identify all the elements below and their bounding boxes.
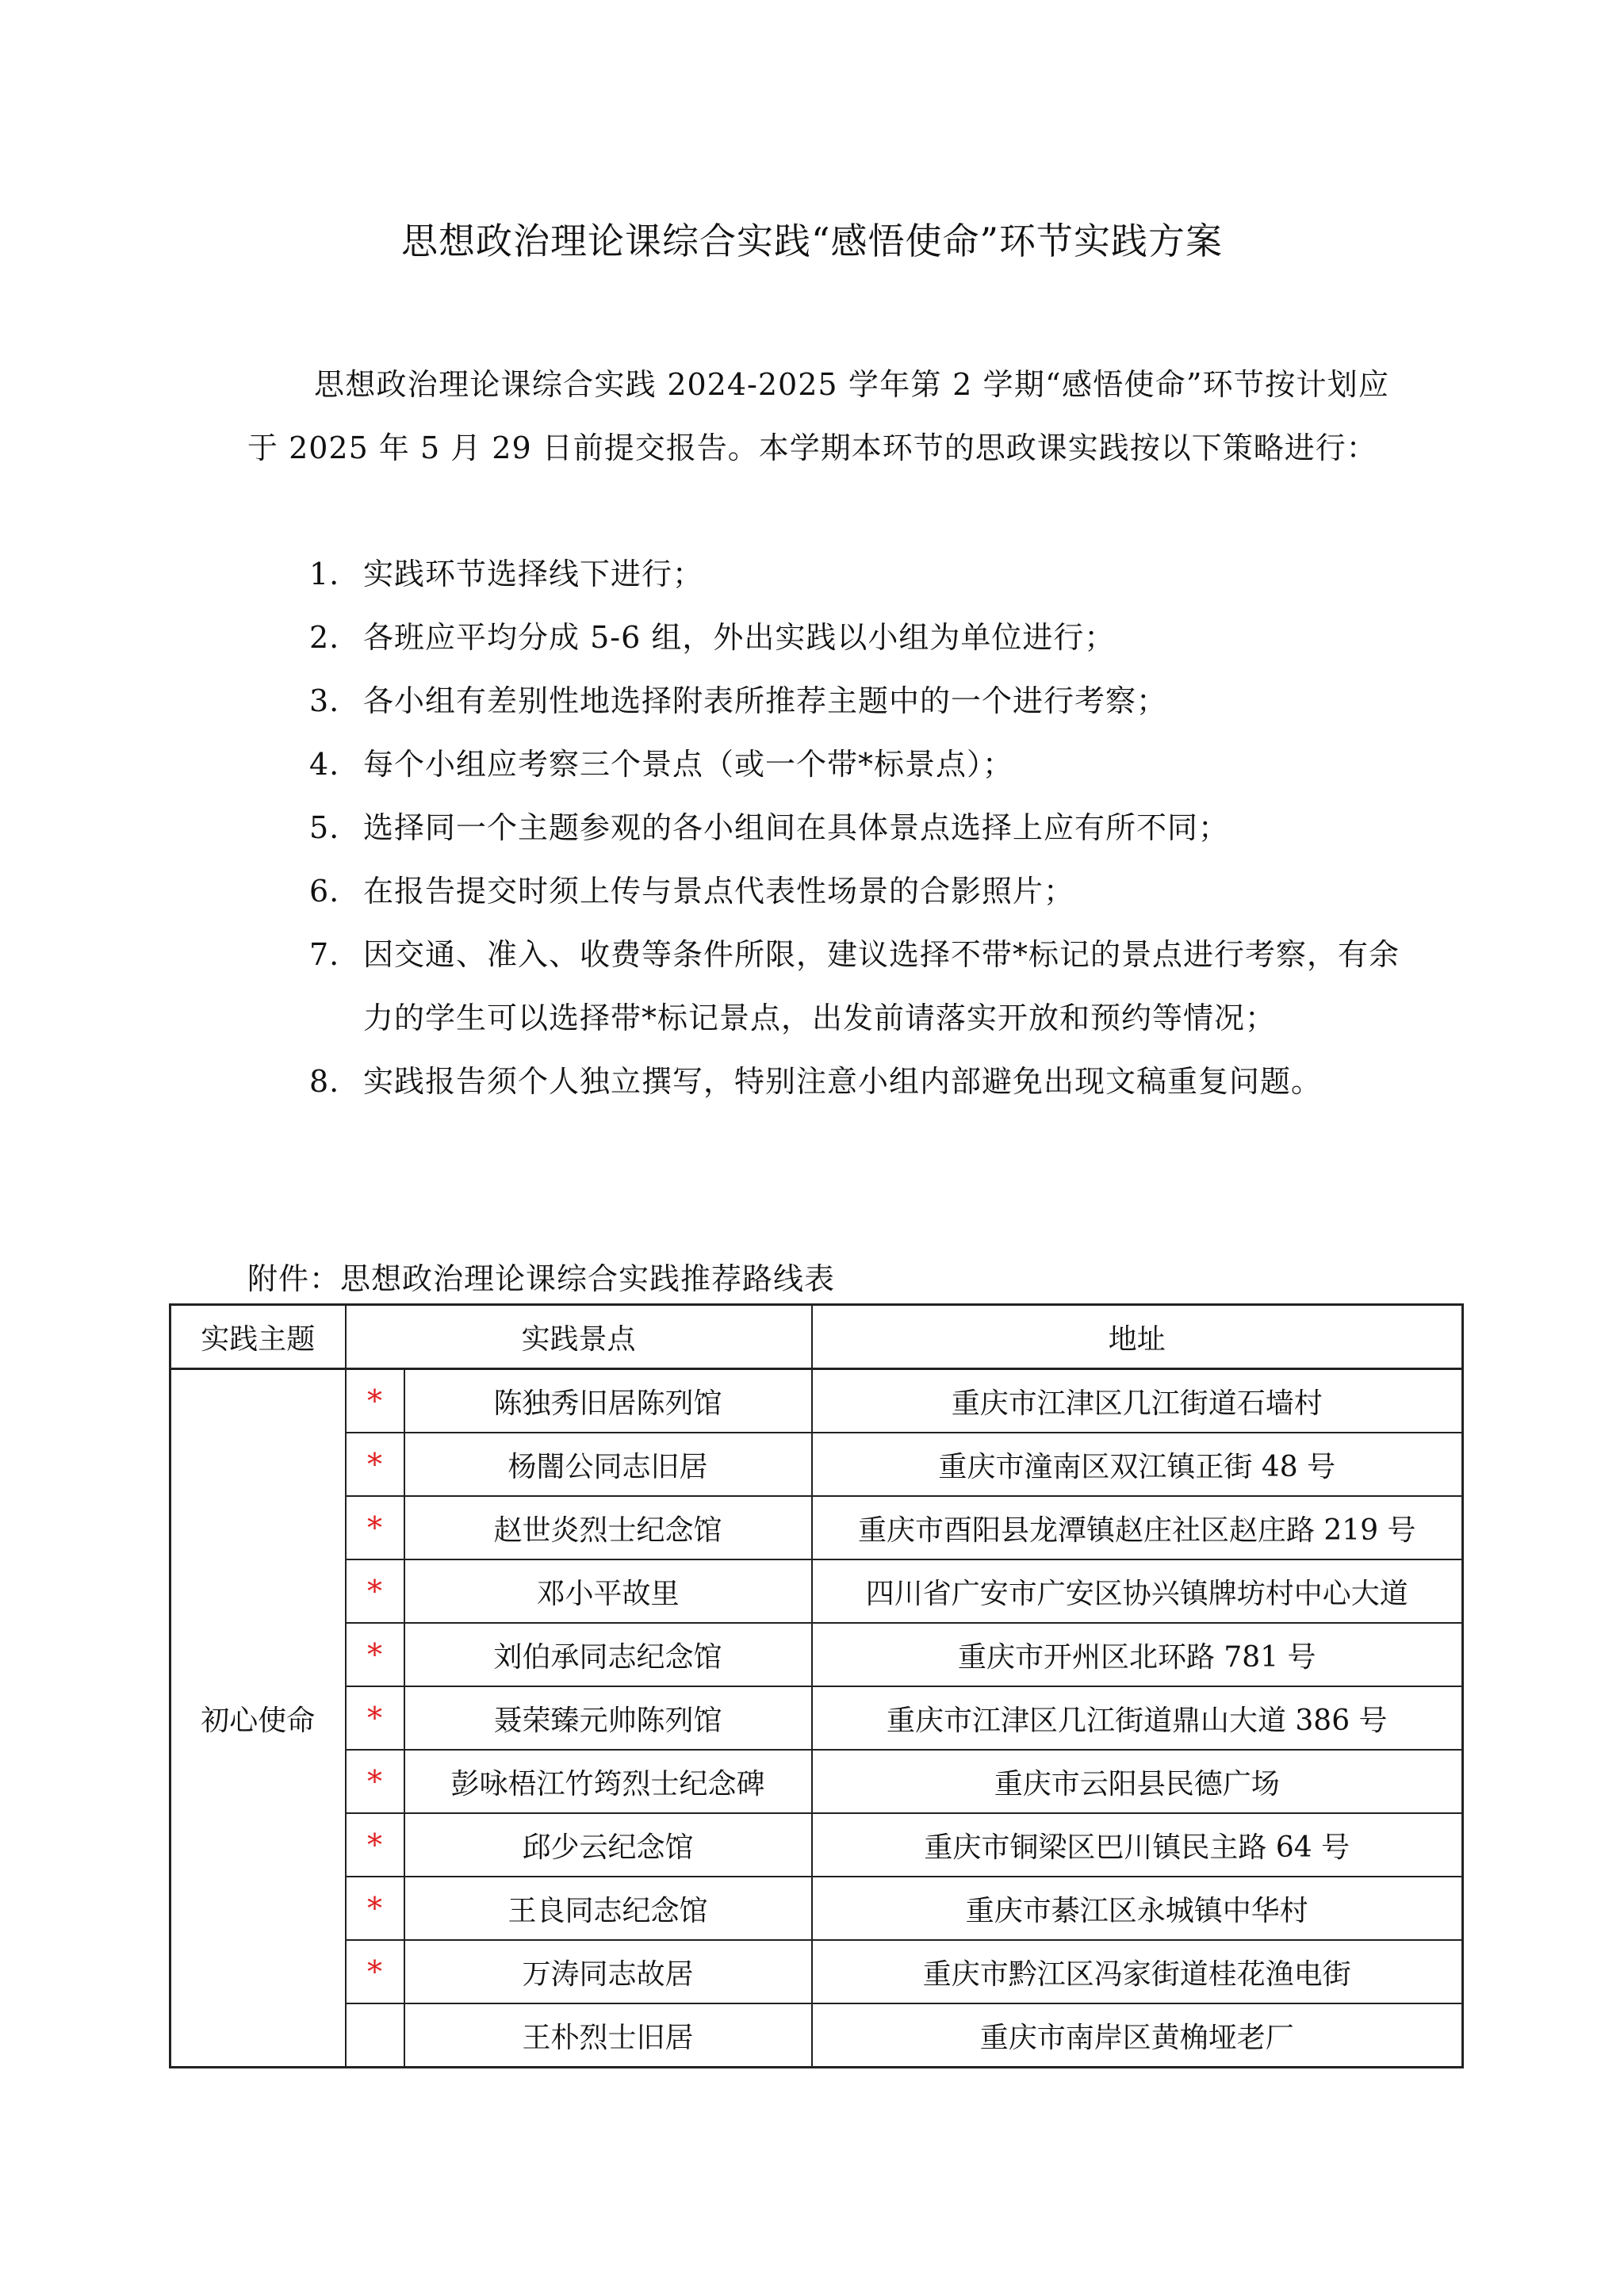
spot-cell: 邓小平故里 — [404, 1559, 812, 1623]
rule-item: 8.实践报告须个人独立撰写，特别注意小组内部避免出现文稿重复问题。 — [309, 1050, 1404, 1113]
rule-item: 3.各小组有差别性地选择附表所推荐主题中的一个进行考察； — [309, 669, 1404, 733]
rule-text: 在报告提交时须上传与景点代表性场景的合影照片； — [363, 859, 1404, 923]
table-row: * 邱少云纪念馆 重庆市铜梁区巴川镇民主路 64 号 — [170, 1813, 1463, 1877]
rule-text: 因交通、准入、收费等条件所限，建议选择不带*标记的景点进行考察，有余力的学生可以… — [363, 923, 1404, 1050]
address-cell: 重庆市江津区几江街道鼎山大道 386 号 — [812, 1686, 1463, 1750]
star-marker-icon: * — [346, 1750, 404, 1813]
address-cell: 重庆市开州区北环路 781 号 — [812, 1623, 1463, 1686]
table-row: * 王良同志纪念馆 重庆市綦江区永城镇中华村 — [170, 1877, 1463, 1940]
address-cell: 重庆市潼南区双江镇正街 48 号 — [812, 1433, 1463, 1496]
table-row: * 邓小平故里 四川省广安市广安区协兴镇牌坊村中心大道 — [170, 1559, 1463, 1623]
table-row: * 刘伯承同志纪念馆 重庆市开州区北环路 781 号 — [170, 1623, 1463, 1686]
table-row: * 聂荣臻元帅陈列馆 重庆市江津区几江街道鼎山大道 386 号 — [170, 1686, 1463, 1750]
table-row: * 彭咏梧江竹筠烈士纪念碑 重庆市云阳县民德广场 — [170, 1750, 1463, 1813]
star-marker-icon: * — [346, 1496, 404, 1559]
rule-text: 每个小组应考察三个景点（或一个带*标景点）； — [363, 733, 1404, 796]
address-cell: 重庆市江津区几江街道石墙村 — [812, 1369, 1463, 1433]
spot-cell: 杨闇公同志旧居 — [404, 1433, 812, 1496]
rule-number: 1. — [309, 542, 363, 606]
rule-number: 2. — [309, 606, 363, 669]
table-row: 初心使命 * 陈独秀旧居陈列馆 重庆市江津区几江街道石墙村 — [170, 1369, 1463, 1433]
star-marker-icon: * — [346, 1623, 404, 1686]
page-title: 思想政治理论课综合实践“感悟使命”环节实践方案 — [0, 212, 1624, 265]
address-cell: 重庆市黔江区冯家街道桂花渔电街 — [812, 1940, 1463, 2003]
spot-cell: 聂荣臻元帅陈列馆 — [404, 1686, 812, 1750]
rule-item: 2.各班应平均分成 5-6 组，外出实践以小组为单位进行； — [309, 606, 1404, 669]
table-row: * 赵世炎烈士纪念馆 重庆市酉阳县龙潭镇赵庄社区赵庄路 219 号 — [170, 1496, 1463, 1559]
rule-number: 3. — [309, 669, 363, 733]
table-row: * 杨闇公同志旧居 重庆市潼南区双江镇正街 48 号 — [170, 1433, 1463, 1496]
table-header-row: 实践主题 实践景点 地址 — [170, 1305, 1463, 1369]
star-marker-icon: * — [346, 1940, 404, 2003]
spot-cell: 赵世炎烈士纪念馆 — [404, 1496, 812, 1559]
rule-text: 实践报告须个人独立撰写，特别注意小组内部避免出现文稿重复问题。 — [363, 1050, 1404, 1113]
spot-cell: 王朴烈士旧居 — [404, 2003, 812, 2068]
rule-item: 5.选择同一个主题参观的各小组间在具体景点选择上应有所不同； — [309, 796, 1404, 859]
table-row: * 万涛同志故居 重庆市黔江区冯家街道桂花渔电街 — [170, 1940, 1463, 2003]
rule-number: 6. — [309, 859, 363, 923]
route-table: 实践主题 实践景点 地址 初心使命 * 陈独秀旧居陈列馆 重庆市江津区几江街道石… — [169, 1303, 1464, 2068]
star-marker-icon: * — [346, 1877, 404, 1940]
spot-cell: 王良同志纪念馆 — [404, 1877, 812, 1940]
address-cell: 重庆市云阳县民德广场 — [812, 1750, 1463, 1813]
table-row: 王朴烈士旧居 重庆市南岸区黄桷垭老厂 — [170, 2003, 1463, 2068]
rules-list: 1.实践环节选择线下进行； 2.各班应平均分成 5-6 组，外出实践以小组为单位… — [309, 542, 1404, 1113]
rule-number: 4. — [309, 733, 363, 796]
header-spot: 实践景点 — [346, 1305, 812, 1369]
rule-text: 各班应平均分成 5-6 组，外出实践以小组为单位进行； — [363, 606, 1404, 669]
header-theme: 实践主题 — [170, 1305, 346, 1369]
star-marker-icon: * — [346, 1559, 404, 1623]
star-marker-icon: * — [346, 1433, 404, 1496]
intro-paragraph: 思想政治理论课综合实践 2024-2025 学年第 2 学期“感悟使命”环节按计… — [247, 353, 1389, 480]
address-cell: 四川省广安市广安区协兴镇牌坊村中心大道 — [812, 1559, 1463, 1623]
rule-item: 1.实践环节选择线下进行； — [309, 542, 1404, 606]
star-marker-empty — [346, 2003, 404, 2068]
spot-cell: 彭咏梧江竹筠烈士纪念碑 — [404, 1750, 812, 1813]
rule-item: 6.在报告提交时须上传与景点代表性场景的合影照片； — [309, 859, 1404, 923]
spot-cell: 邱少云纪念馆 — [404, 1813, 812, 1877]
header-address: 地址 — [812, 1305, 1463, 1369]
rule-number: 8. — [309, 1050, 363, 1113]
rule-item: 7.因交通、准入、收费等条件所限，建议选择不带*标记的景点进行考察，有余力的学生… — [309, 923, 1404, 1050]
attachment-caption: 附件：思想政治理论课综合实践推荐路线表 — [247, 1254, 835, 1298]
rule-text: 选择同一个主题参观的各小组间在具体景点选择上应有所不同； — [363, 796, 1404, 859]
star-marker-icon: * — [346, 1813, 404, 1877]
spot-cell: 万涛同志故居 — [404, 1940, 812, 2003]
address-cell: 重庆市綦江区永城镇中华村 — [812, 1877, 1463, 1940]
theme-cell: 初心使命 — [170, 1369, 346, 2068]
rule-item: 4.每个小组应考察三个景点（或一个带*标景点）； — [309, 733, 1404, 796]
rule-text: 各小组有差别性地选择附表所推荐主题中的一个进行考察； — [363, 669, 1404, 733]
star-marker-icon: * — [346, 1686, 404, 1750]
spot-cell: 刘伯承同志纪念馆 — [404, 1623, 812, 1686]
rule-number: 5. — [309, 796, 363, 859]
address-cell: 重庆市南岸区黄桷垭老厂 — [812, 2003, 1463, 2068]
rule-text: 实践环节选择线下进行； — [363, 542, 1404, 606]
rule-number: 7. — [309, 923, 363, 1050]
star-marker-icon: * — [346, 1369, 404, 1433]
address-cell: 重庆市铜梁区巴川镇民主路 64 号 — [812, 1813, 1463, 1877]
spot-cell: 陈独秀旧居陈列馆 — [404, 1369, 812, 1433]
address-cell: 重庆市酉阳县龙潭镇赵庄社区赵庄路 219 号 — [812, 1496, 1463, 1559]
